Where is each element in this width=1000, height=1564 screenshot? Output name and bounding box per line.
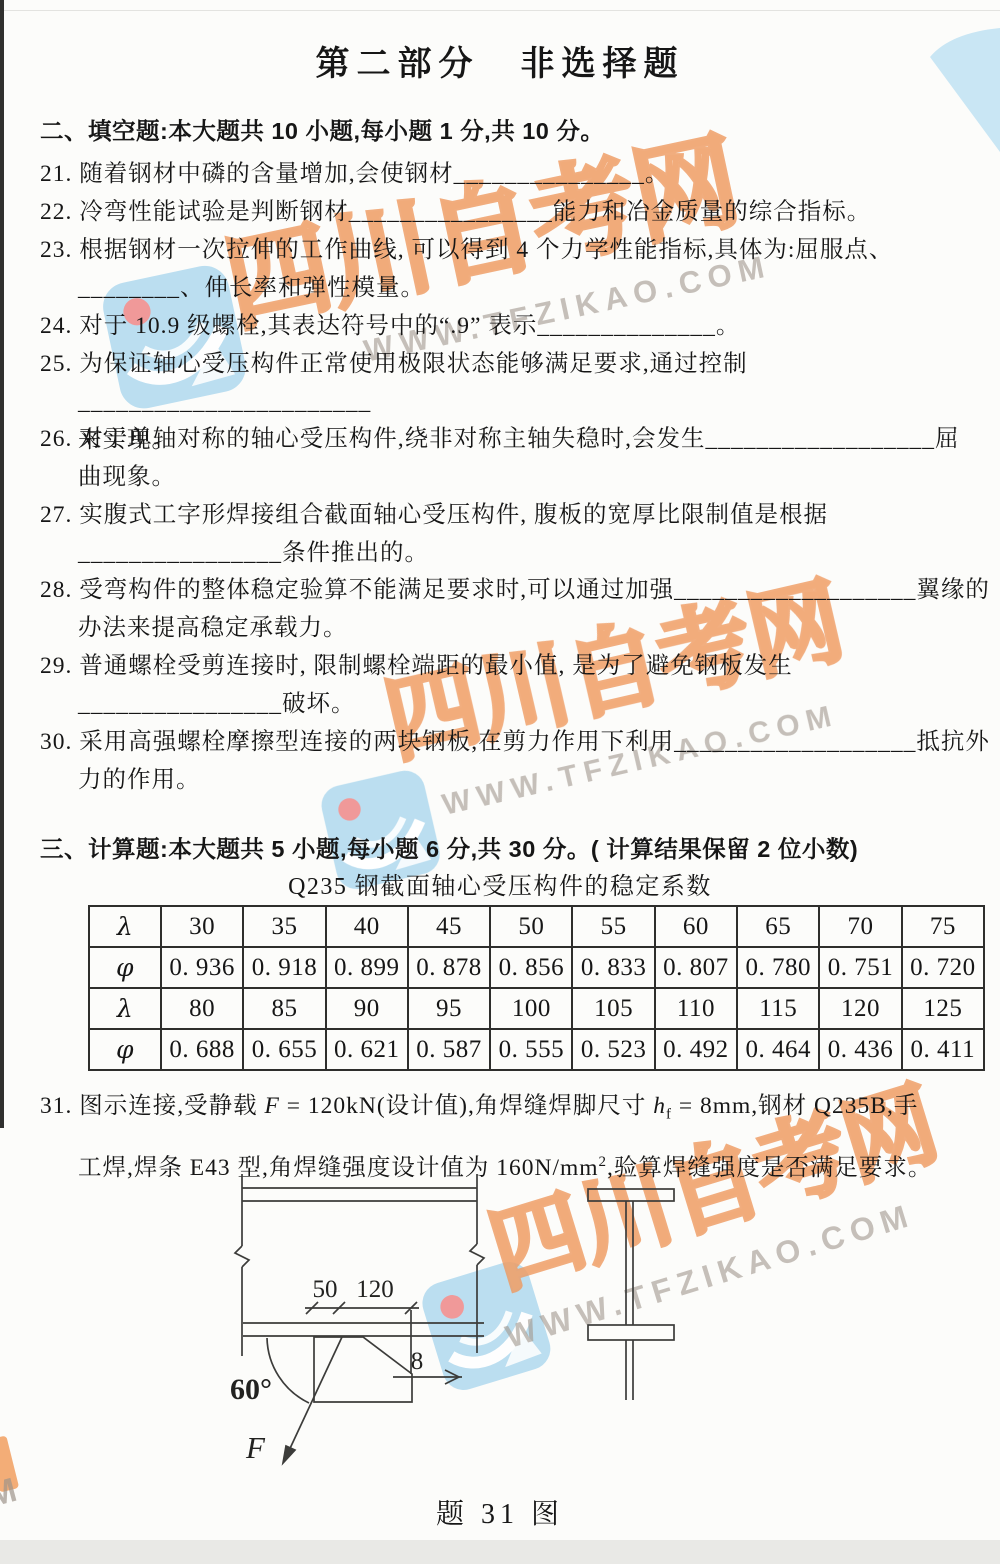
table-cell: 0. 918	[243, 947, 325, 988]
question-24-text: 24. 对于 10.9 级螺栓,其表达符号中的“.9” 表示__________…	[40, 313, 740, 339]
table-cell: 0. 555	[490, 1029, 572, 1070]
table-cell: 0. 899	[326, 947, 408, 988]
table-cell: 105	[572, 988, 654, 1029]
table-cell: 65	[737, 906, 819, 947]
angle-60-label: 60°	[230, 1373, 272, 1406]
dim-120-label: 120	[356, 1276, 394, 1303]
question-29-line2: ________________破坏。	[78, 691, 356, 717]
table-cell: 100	[490, 988, 572, 1029]
question-23-line1: 23. 根据钢材一次拉伸的工作曲线, 可以得到 4 个力学性能指标,具体为:屈服…	[40, 237, 893, 263]
table-cell: 30	[161, 906, 243, 947]
table-cell: 0. 587	[408, 1029, 490, 1070]
table-cell: 0. 688	[161, 1029, 243, 1070]
question-28-line2: 办法来提高稳定承载力。	[78, 615, 348, 641]
question-30-line2: 力的作用。	[78, 767, 201, 793]
section-bracket-plate	[588, 1325, 674, 1340]
table-cell: 75	[902, 906, 984, 947]
table-cell: 0. 436	[819, 1029, 901, 1070]
question-31-text: = 120kN(设计值),角焊缝焊脚尺寸	[280, 1093, 653, 1119]
table-cell: 0. 780	[737, 947, 819, 988]
table-cell: φ	[89, 1029, 161, 1070]
question-22-text: 22. 冷弯性能试验是判断钢材________________能力和冶金质量的综…	[40, 199, 871, 225]
table-cell: 0. 464	[737, 1029, 819, 1070]
question-21-text: 21. 随着钢材中磷的含量增加,会使钢材_______________。	[40, 161, 669, 187]
question-30: 30. 采用高强螺栓摩擦型连接的两块钢板,在剪力作用下利用___________…	[40, 723, 1000, 799]
question-29-line1: 29. 普通螺栓受剪连接时, 限制螺栓端距的最小值, 是为了避免钢板发生	[40, 653, 793, 679]
question-30-line1: 30. 采用高强螺栓摩擦型连接的两块钢板,在剪力作用下利用___________…	[40, 729, 990, 755]
table-cell: 90	[326, 988, 408, 1029]
table-cell: 60	[655, 906, 737, 947]
table-cell: 0. 655	[243, 1029, 325, 1070]
table-cell: λ	[89, 988, 161, 1029]
force-f-label: F	[245, 1430, 266, 1465]
section-calculation-heading: 三、计算题:本大题共 5 小题,每小题 6 分,共 30 分。( 计算结果保留 …	[40, 830, 970, 864]
table-cell: 40	[326, 906, 408, 947]
question-24: 24. 对于 10.9 级螺栓,其表达符号中的“.9” 表示__________…	[40, 307, 1000, 345]
table-row-phi-1: φ 0. 936 0. 918 0. 899 0. 878 0. 856 0. …	[89, 947, 984, 988]
stability-table-title: Q235 钢截面轴心受压构件的稳定系数	[0, 866, 1000, 901]
table-cell: 45	[408, 906, 490, 947]
question-23: 23. 根据钢材一次拉伸的工作曲线, 可以得到 4 个力学性能指标,具体为:屈服…	[40, 231, 1000, 307]
table-cell: 55	[572, 906, 654, 947]
question-23-line2: ________、伸长率和弹性模量。	[78, 275, 425, 301]
table-cell: 0. 621	[326, 1029, 408, 1070]
table-cell: 50	[490, 906, 572, 947]
table-cell: 0. 856	[490, 947, 572, 988]
gusset-plate	[314, 1337, 412, 1402]
column-section-view	[588, 1189, 674, 1400]
section-top-flange	[588, 1189, 674, 1201]
figure-caption: 题 31 图	[0, 1492, 1000, 1532]
table-row-phi-2: φ 0. 688 0. 655 0. 621 0. 587 0. 555 0. …	[89, 1029, 984, 1070]
angle-arc	[267, 1338, 309, 1403]
question-25-line1: 25. 为保证轴心受压构件正常使用极限状态能够满足要求,通过控制________…	[40, 351, 748, 415]
table-cell: 0. 936	[161, 947, 243, 988]
question-21: 21. 随着钢材中磷的含量增加,会使钢材_______________。	[40, 155, 1000, 193]
table-cell: 80	[161, 988, 243, 1029]
force-arrowhead	[283, 1446, 295, 1463]
table-cell: 0. 751	[819, 947, 901, 988]
force-symbol: F	[265, 1093, 280, 1119]
table-cell: 0. 523	[572, 1029, 654, 1070]
table-cell: 0. 833	[572, 947, 654, 988]
question-27-line1: 27. 实腹式工字形焊接组合截面轴心受压构件, 腹板的宽厚比限制值是根据	[40, 502, 828, 528]
weld-leg-symbol: h	[653, 1093, 666, 1119]
table-cell: 120	[819, 988, 901, 1029]
question-29: 29. 普通螺栓受剪连接时, 限制螺栓端距的最小值, 是为了避免钢板发生 ___…	[40, 647, 1000, 723]
table-cell: 115	[737, 988, 819, 1029]
table-cell: 95	[408, 988, 490, 1029]
table-cell: 0. 492	[655, 1029, 737, 1070]
question-31-text: = 8mm,钢材 Q235B,手	[672, 1093, 918, 1119]
question-22: 22. 冷弯性能试验是判断钢材________________能力和冶金质量的综…	[40, 193, 1000, 231]
table-cell: 125	[902, 988, 984, 1029]
question-26-line2: 曲现象。	[78, 464, 176, 490]
section-fill-in-heading: 二、填空题:本大题共 10 小题,每小题 1 分,共 10 分。	[40, 112, 970, 146]
table-cell: 0. 807	[655, 947, 737, 988]
table-cell: 0. 878	[408, 947, 490, 988]
table-cell: 0. 720	[902, 947, 984, 988]
table-row-lambda-1: λ 30 35 40 45 50 55 60 65 70 75	[89, 906, 984, 947]
break-mark-left	[235, 1246, 249, 1267]
table-cell: 110	[655, 988, 737, 1029]
question-28: 28. 受弯构件的整体稳定验算不能满足要求时,可以通过加强___________…	[40, 571, 1000, 647]
exam-page: 第二部分 非选择题 二、填空题:本大题共 10 小题,每小题 1 分,共 10 …	[0, 0, 1000, 1564]
table-cell: λ	[89, 906, 161, 947]
break-mark-right	[470, 1244, 484, 1265]
question-28-line1: 28. 受弯构件的整体稳定验算不能满足要求时,可以通过加强___________…	[40, 577, 990, 603]
question-27-line2: ________________条件推出的。	[78, 540, 429, 566]
connection-elevation-view	[235, 1174, 484, 1463]
dim-50-label: 50	[313, 1276, 338, 1303]
table-cell: 35	[243, 906, 325, 947]
weld-connection-figure: 50 120 8 60° F	[0, 1160, 1000, 1490]
question-27: 27. 实腹式工字形焊接组合截面轴心受压构件, 腹板的宽厚比限制值是根据 ___…	[40, 496, 1000, 572]
table-cell: 85	[243, 988, 325, 1029]
table-cell: 70	[819, 906, 901, 947]
stability-coefficient-table: λ 30 35 40 45 50 55 60 65 70 75 φ 0. 936…	[88, 905, 985, 1071]
table-cell: 0. 411	[902, 1029, 984, 1070]
weld-size-label: 8	[411, 1348, 424, 1375]
question-26-line1: 26. 对于单轴对称的轴心受压构件,绕非对称主轴失稳时,会发生_________…	[40, 426, 960, 452]
question-31-text: 31. 图示连接,受静载	[40, 1093, 265, 1119]
question-26: 26. 对于单轴对称的轴心受压构件,绕非对称主轴失稳时,会发生_________…	[40, 420, 1000, 496]
page-title: 第二部分 非选择题	[0, 36, 1000, 85]
table-row-lambda-2: λ 80 85 90 95 100 105 110 115 120 125	[89, 988, 984, 1029]
table-cell: φ	[89, 947, 161, 988]
